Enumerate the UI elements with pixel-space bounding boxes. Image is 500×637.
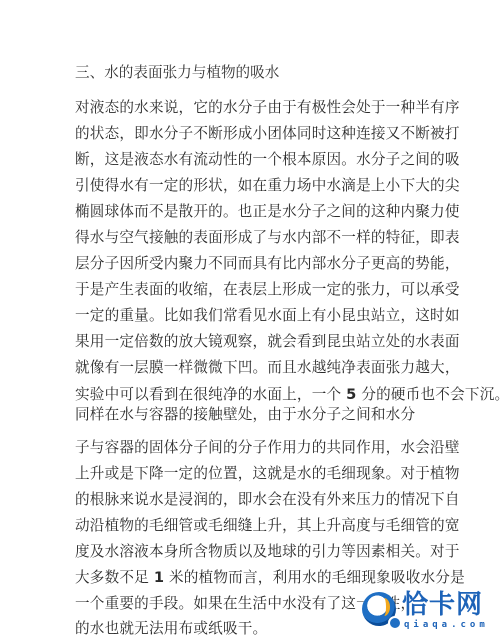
paragraph-line: 层分子因所受内聚力不同而具有比内部水分子更高的势能， [75, 255, 460, 273]
paragraph-line: 椭圆球体而不是散开的。也正是水分子之间的这种内聚力使 [75, 203, 460, 221]
logo-moon-icon [378, 598, 390, 616]
text-segment: 分的硬币也不会下沉。 [357, 386, 500, 403]
paragraph-line: 就像有一层膜一样微微下凹。而且水越纯净表面张力越大， [75, 359, 460, 377]
paragraph-line: 上升或是下降一定的位置，这就是水的毛细现象。对于植物 [75, 465, 460, 483]
paragraph-line: 引使得水有一定的形状，如在重力场中水滴是上小下大的尖 [75, 177, 460, 195]
watermark-domain: qiaqa.com [404, 620, 489, 630]
watermark-logo: 恰卡网 qiaqa.com [362, 590, 494, 632]
number-1: 1 [154, 569, 164, 586]
number-5: 5 [346, 386, 356, 403]
text-segment: 实验中可以看到在很纯净的水面上，一个 [75, 386, 346, 403]
paragraph-line: 断，这是液态水有流动性的一个根本原因。水分子之间的吸 [75, 151, 460, 169]
logo-dot-icon [388, 616, 402, 630]
text-segment: 米的植物而言，利用水的毛细现象吸收水分是 [164, 569, 465, 586]
paragraph-line: 的状态，即水分子不断形成小团体同时这种连接又不断被打 [75, 125, 460, 143]
paragraph-line: 得水与空气接触的表面形成了与水内部不一样的特征，即表 [75, 229, 460, 247]
paragraph-line: 动沿植物的毛细管或毛细缝上升，其上升高度与毛细管的宽 [75, 517, 460, 535]
paragraph-line: 于是产生表面的收缩，在表层上形成一定的张力，可以承受 [75, 281, 460, 299]
paragraph-line: 的水也就无法用布或纸吸干。 [75, 620, 267, 637]
paragraph-line: 果用一定倍数的放大镜观察，就会看到昆虫站立处的水表面 [75, 333, 460, 351]
paragraph-line: 的根脉来说水是浸润的，即水会在没有外来压力的情况下自 [75, 491, 460, 509]
paragraph-line: 同样在水与容器的接触壁处，由于水分子之间和水分 [75, 406, 415, 424]
paragraph-line-coin: 实验中可以看到在很纯净的水面上，一个 5 分的硬币也不会下沉。 [75, 386, 500, 404]
paragraph-line: 一定的重量。比如我们常看见水面上有小昆虫站立，这时如 [75, 307, 460, 325]
text-segment: 大多数不足 [75, 569, 154, 586]
paragraph-line-meter: 大多数不足 1 米的植物而言，利用水的毛细现象吸收水分是 [75, 569, 465, 587]
paragraph-line: 子与容器的固体分子间的分子作用力的共同作用，水会沿壁 [75, 439, 460, 457]
paragraph-line: 度及水溶液本身所含物质以及地球的引力等因素相关。对于 [75, 543, 460, 561]
watermark-name: 恰卡网 [402, 590, 483, 620]
section-heading: 三、水的表面张力与植物的吸水 [75, 64, 279, 82]
paragraph-line: 对液态的水来说，它的水分子由于有极性会处于一种半有序 [75, 99, 460, 117]
